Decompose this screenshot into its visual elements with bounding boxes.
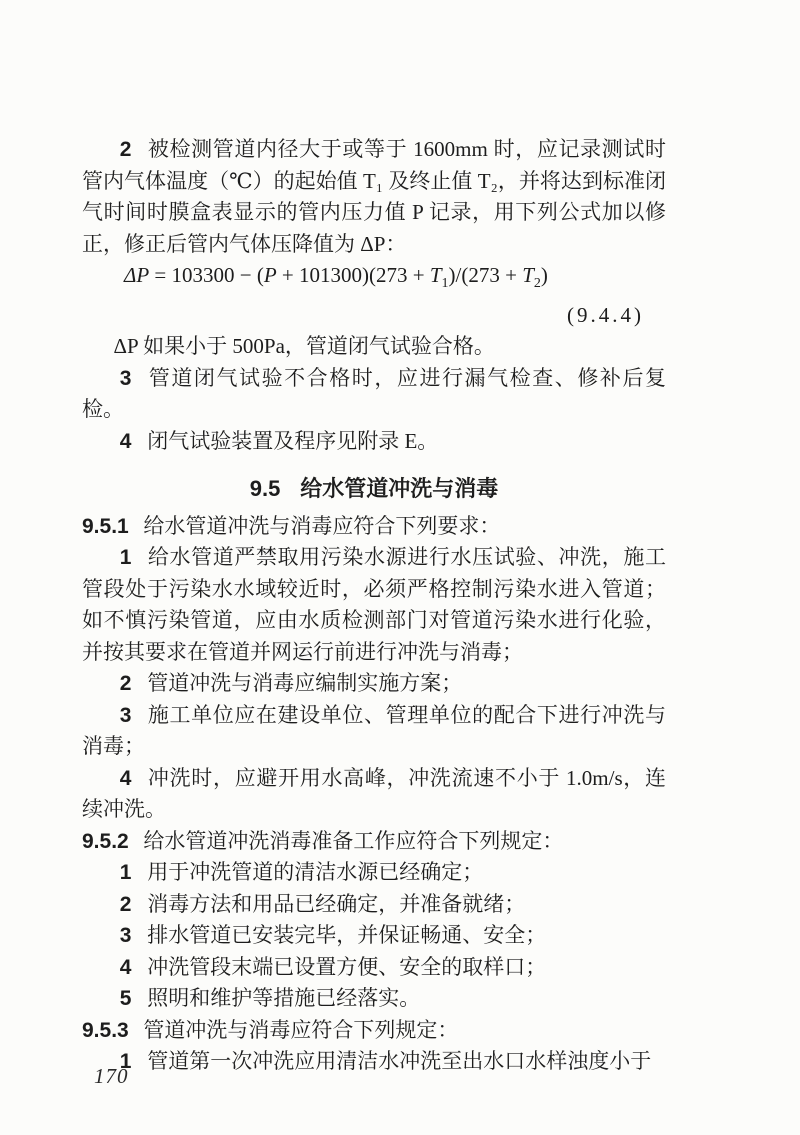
clause-9-5-2: 9.5.2给水管道冲洗消毒准备工作应符合下列规定： — [82, 826, 666, 858]
item-number: 4 — [120, 956, 132, 979]
item-text: 排水管道已安装完毕，并保证畅通、安全； — [147, 923, 546, 947]
item-number: 4 — [120, 430, 132, 453]
item-number: 4 — [120, 767, 132, 790]
clause-number: 9.5.3 — [82, 1019, 129, 1042]
item-text: 施工单位应在建设单位、管理单位的配合下进行冲洗与消毒； — [82, 703, 666, 759]
formula-subscript: 2 — [534, 276, 541, 291]
item-text: 用于冲洗管道的清洁水源已经确定； — [147, 860, 483, 884]
paragraph-pass-criteria: ΔP 如果小于 500Pa，管道闭气试验合格。 — [82, 331, 666, 363]
list-item: 1给水管道严禁取用污染水源进行水压试验、冲洗，施工管段处于污染水水域较近时，必须… — [82, 542, 666, 668]
paragraph-text: 被检测管道内径大于或等于 1600mm 时，应记录测试时管内气体温度（℃）的起始… — [82, 137, 666, 256]
item-number: 2 — [120, 672, 132, 695]
item-text: 消毒方法和用品已经确定，并准备就绪； — [147, 892, 525, 916]
clause-text: 管道冲洗与消毒应符合下列规定： — [143, 1018, 458, 1042]
item-number: 3 — [120, 924, 132, 947]
clause-number: 9.5.1 — [82, 515, 129, 538]
clause-number: 9.5.2 — [82, 830, 129, 853]
section-heading: 9.5给水管道冲洗与消毒 — [82, 473, 666, 505]
list-item: 1用于冲洗管道的清洁水源已经确定； — [82, 857, 666, 889]
document-page: 2被检测管道内径大于或等于 1600mm 时，应记录测试时管内气体温度（℃）的起… — [0, 0, 800, 1135]
item-number: 3 — [120, 704, 132, 727]
list-item: 4闭气试验装置及程序见附录 E。 — [82, 426, 666, 458]
item-text: 管道冲洗与消毒应编制实施方案； — [147, 671, 462, 695]
formula-segment: + 101300)(273 + — [277, 263, 430, 287]
clause-9-5-1: 9.5.1给水管道冲洗与消毒应符合下列要求： — [82, 511, 666, 543]
item-text: 照明和维护等措施已经落实。 — [147, 986, 420, 1010]
clause-text: 给水管道冲洗消毒准备工作应符合下列规定： — [143, 829, 563, 853]
item-text: 管道闭气试验不合格时，应进行漏气检查、修补后复检。 — [82, 366, 666, 422]
paragraph-air-test: 2被检测管道内径大于或等于 1600mm 时，应记录测试时管内气体温度（℃）的起… — [82, 134, 666, 260]
item-text: 给水管道严禁取用污染水源进行水压试验、冲洗，施工管段处于污染水水域较近时，必须严… — [82, 545, 666, 664]
item-text: 管道第一次冲洗应用清洁水冲洗至出水口水样浊度小于 — [147, 1049, 651, 1073]
list-item: 2管道冲洗与消毒应编制实施方案； — [82, 668, 666, 700]
page-content: 2被检测管道内径大于或等于 1600mm 时，应记录测试时管内气体温度（℃）的起… — [82, 134, 666, 1078]
item-number: 1 — [120, 546, 132, 569]
clause-9-5-3: 9.5.3管道冲洗与消毒应符合下列规定： — [82, 1015, 666, 1047]
formula-segment: P — [264, 263, 277, 287]
formula-subscript: 1 — [442, 276, 449, 291]
clause-text: 给水管道冲洗与消毒应符合下列要求： — [143, 514, 500, 538]
page-number: 170 — [94, 1064, 129, 1089]
list-item: 3管道闭气试验不合格时，应进行漏气检查、修补后复检。 — [82, 363, 666, 426]
item-text: 闭气试验装置及程序见附录 E。 — [147, 429, 438, 453]
formula: ΔP = 103300 − (P + 101300)(273 + T1)/(27… — [82, 260, 666, 300]
formula-segment: ) — [541, 263, 548, 287]
formula-segment: T — [522, 263, 534, 287]
formula-segment: )/(273 + — [449, 263, 523, 287]
item-text: 冲洗时，应避开用水高峰，冲洗流速不小于 1.0m/s，连续冲洗。 — [82, 766, 666, 822]
list-item: 1管道第一次冲洗应用清洁水冲洗至出水口水样浊度小于 — [82, 1046, 666, 1078]
formula-segment: = 103300 − ( — [149, 263, 264, 287]
equation-number: (9.4.4) — [82, 300, 666, 332]
formula-segment: ΔP — [124, 263, 149, 287]
item-number: 2 — [120, 893, 132, 916]
item-text: 冲洗管段末端已设置方便、安全的取样口； — [147, 955, 546, 979]
item-number: 3 — [120, 367, 132, 390]
section-number: 9.5 — [250, 476, 281, 501]
list-item: 4冲洗时，应避开用水高峰，冲洗流速不小于 1.0m/s，连续冲洗。 — [82, 763, 666, 826]
formula-segment: T — [430, 263, 442, 287]
item-number: 1 — [120, 861, 132, 884]
item-number: 2 — [120, 138, 132, 161]
section-title: 给水管道冲洗与消毒 — [300, 476, 498, 501]
list-item: 2消毒方法和用品已经确定，并准备就绪； — [82, 889, 666, 921]
item-number: 5 — [120, 987, 132, 1010]
list-item: 4冲洗管段末端已设置方便、安全的取样口； — [82, 952, 666, 984]
list-item: 3排水管道已安装完毕，并保证畅通、安全； — [82, 920, 666, 952]
list-item: 5照明和维护等措施已经落实。 — [82, 983, 666, 1015]
list-item: 3施工单位应在建设单位、管理单位的配合下进行冲洗与消毒； — [82, 700, 666, 763]
